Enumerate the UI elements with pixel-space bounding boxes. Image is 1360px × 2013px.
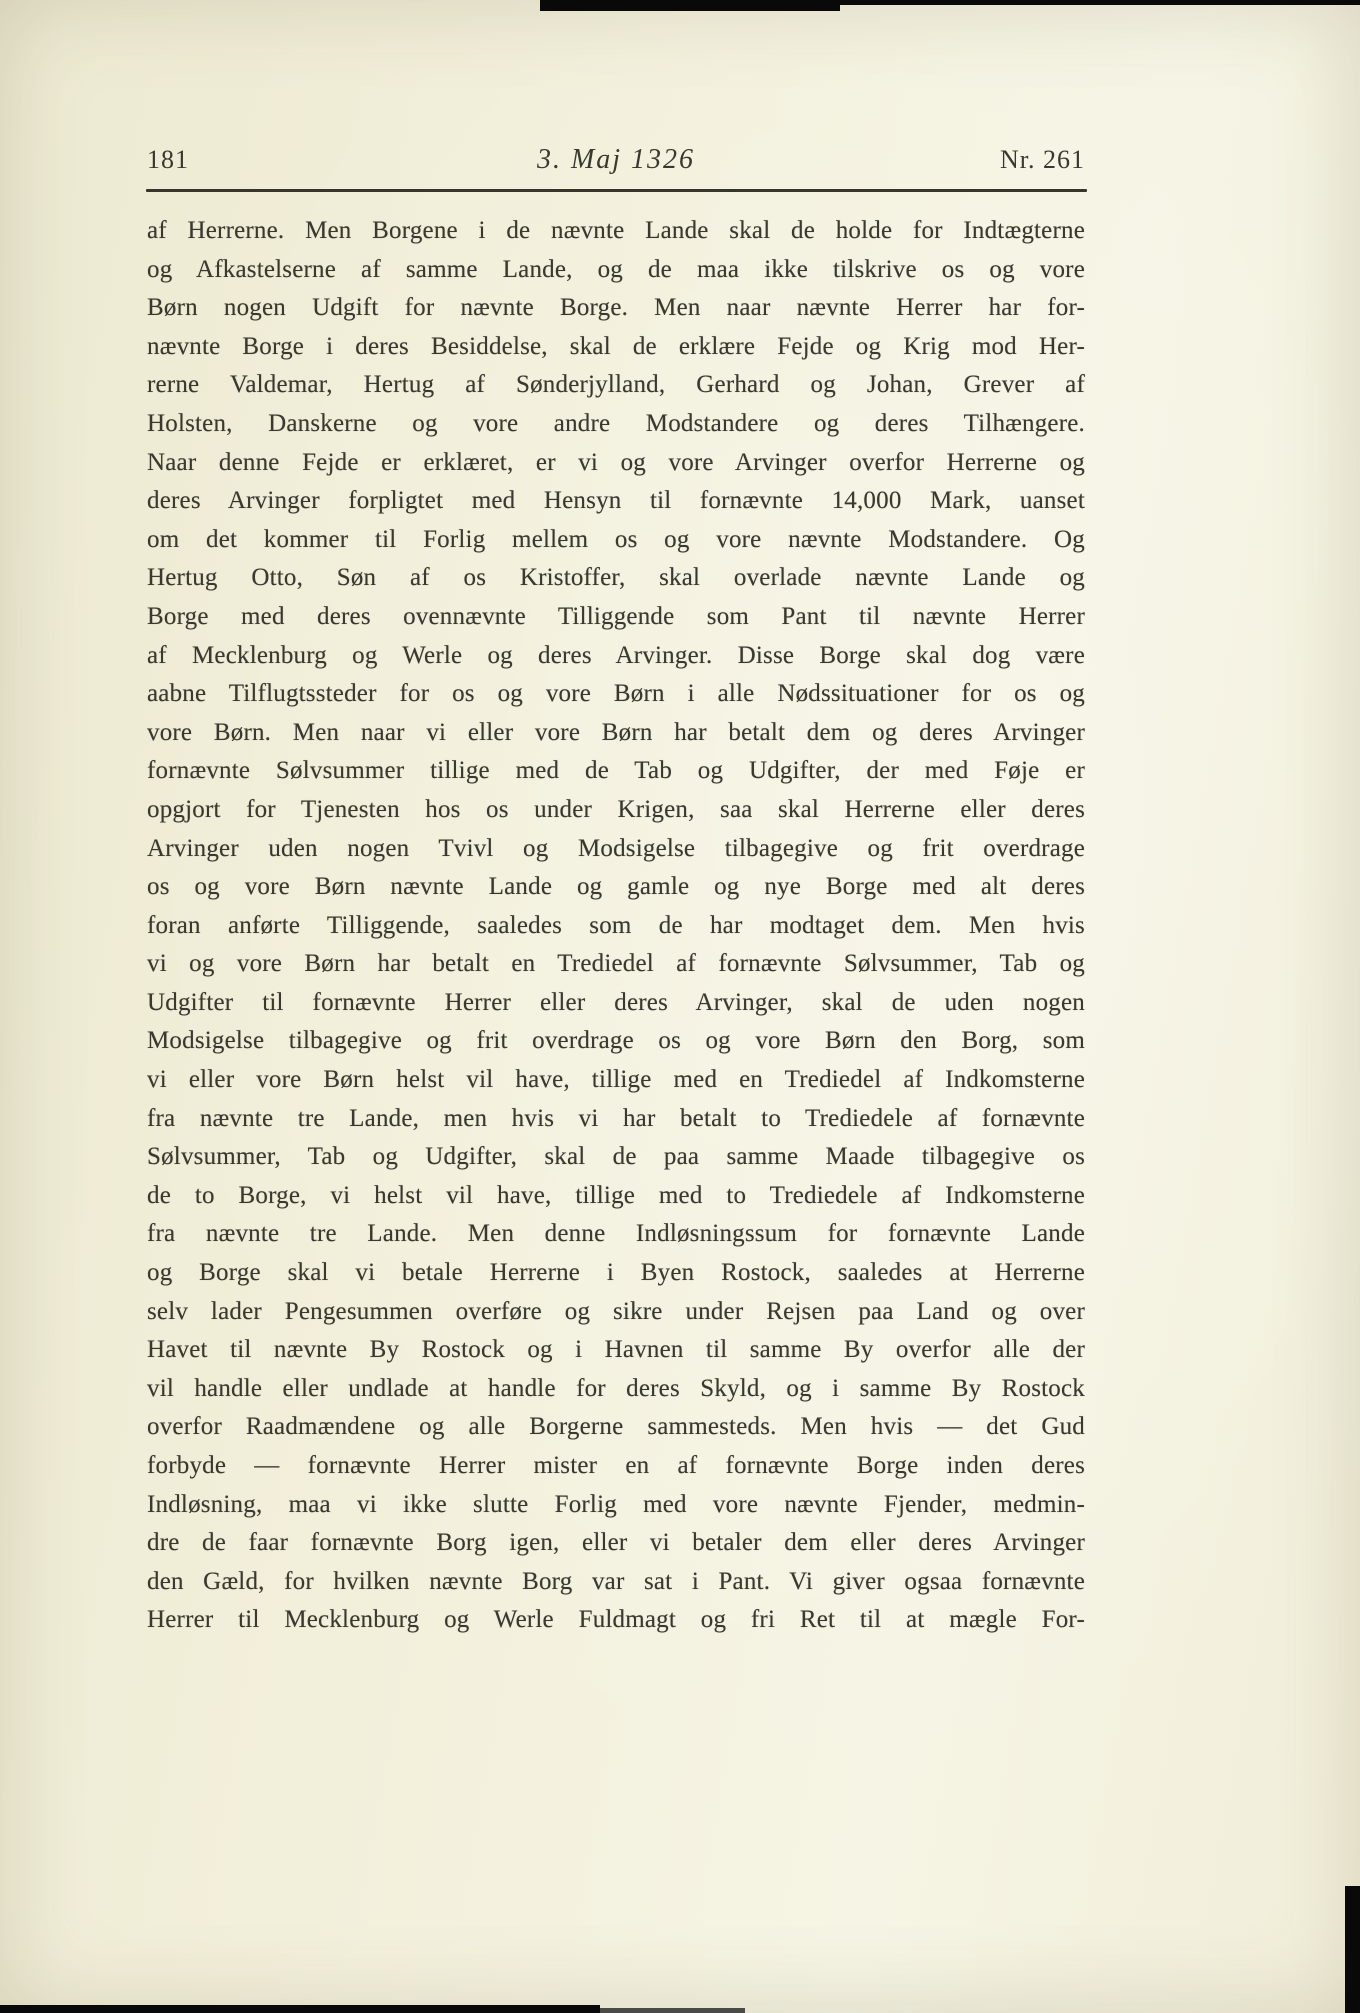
text-line: de to Borge, vi helst vil have, tillige … <box>147 1177 1085 1216</box>
header-divider-rule <box>146 189 1087 192</box>
text-line: rerne Valdemar, Hertug af Sønderjylland,… <box>147 366 1085 405</box>
text-line: overfor Raadmændene og alle Borgerne sam… <box>147 1408 1085 1447</box>
text-line: Børn nogen Udgift for nævnte Borge. Men … <box>147 289 1085 328</box>
scan-artifact-right-edge <box>1345 1886 1360 2013</box>
scan-artifact-top-thin <box>835 0 1360 5</box>
date-heading: 3. Maj 1326 <box>537 144 695 176</box>
text-line: Borge med deres ovennævnte Tilliggende s… <box>147 598 1085 637</box>
text-line: om det kommer til Forlig mellem os og vo… <box>147 521 1085 560</box>
text-line: Holsten, Danskerne og vore andre Modstan… <box>147 405 1085 444</box>
scan-artifact-bottom-left <box>0 2005 600 2013</box>
text-line: fornævnte Sølvsummer tillige med de Tab … <box>147 752 1085 791</box>
text-line: foran anførte Tilliggende, saaledes som … <box>147 907 1085 946</box>
document-number: Nr. 261 <box>1000 145 1085 175</box>
text-line: Sølvsummer, Tab og Udgifter, skal de paa… <box>147 1138 1085 1177</box>
text-line: vore Børn. Men naar vi eller vore Børn h… <box>147 714 1085 753</box>
text-line: Hertug Otto, Søn af os Kristoffer, skal … <box>147 559 1085 598</box>
text-line: vi eller vore Børn helst vil have, tilli… <box>147 1061 1085 1100</box>
text-line: af Mecklenburg og Werle og deres Arvinge… <box>147 637 1085 676</box>
text-line: nævnte Borge i deres Besiddelse, skal de… <box>147 328 1085 367</box>
text-line: forbyde — fornævnte Herrer mister en af … <box>147 1447 1085 1486</box>
text-line: Udgifter til fornævnte Herrer eller dere… <box>147 984 1085 1023</box>
scan-artifact-top-thick <box>540 0 840 11</box>
text-line: den Gæld, for hvilken nævnte Borg var sa… <box>147 1563 1085 1602</box>
text-line: opgjort for Tjenesten hos os under Krige… <box>147 791 1085 830</box>
text-line: dre de faar fornævnte Borg igen, eller v… <box>147 1524 1085 1563</box>
text-line: Modsigelse tilbagegive og frit overdrage… <box>147 1022 1085 1061</box>
text-line: Havet til nævnte By Rostock og i Havnen … <box>147 1331 1085 1370</box>
text-line: deres Arvinger forpligtet med Hensyn til… <box>147 482 1085 521</box>
page-number: 181 <box>147 145 189 175</box>
text-line: vi og vore Børn har betalt en Trediedel … <box>147 945 1085 984</box>
text-line: af Herrerne. Men Borgene i de nævnte Lan… <box>147 212 1085 251</box>
text-line: Indløsning, maa vi ikke slutte Forlig me… <box>147 1486 1085 1525</box>
text-line: vil handle eller undlade at handle for d… <box>147 1370 1085 1409</box>
document-body-text: af Herrerne. Men Borgene i de nævnte Lan… <box>147 212 1085 1640</box>
text-line: og Afkastelserne af samme Lande, og de m… <box>147 251 1085 290</box>
running-header: 181 3. Maj 1326 Nr. 261 <box>147 144 1085 182</box>
text-line: selv lader Pengesummen overføre og sikre… <box>147 1293 1085 1332</box>
text-line: Naar denne Fejde er erklæret, er vi og v… <box>147 444 1085 483</box>
text-line: os og vore Børn nævnte Lande og gamle og… <box>147 868 1085 907</box>
scan-artifact-bottom-grey <box>600 2008 745 2013</box>
text-line: fra nævnte tre Lande. Men denne Indløsni… <box>147 1215 1085 1254</box>
text-line: Arvinger uden nogen Tvivl og Modsigelse … <box>147 830 1085 869</box>
text-line: og Borge skal vi betale Herrerne i Byen … <box>147 1254 1085 1293</box>
text-line: Herrer til Mecklenburg og Werle Fuldmagt… <box>147 1601 1085 1640</box>
text-line: aabne Tilflugtssteder for os og vore Bør… <box>147 675 1085 714</box>
book-page: 181 3. Maj 1326 Nr. 261 af Herrerne. Men… <box>0 0 1360 2013</box>
text-line: fra nævnte tre Lande, men hvis vi har be… <box>147 1100 1085 1139</box>
